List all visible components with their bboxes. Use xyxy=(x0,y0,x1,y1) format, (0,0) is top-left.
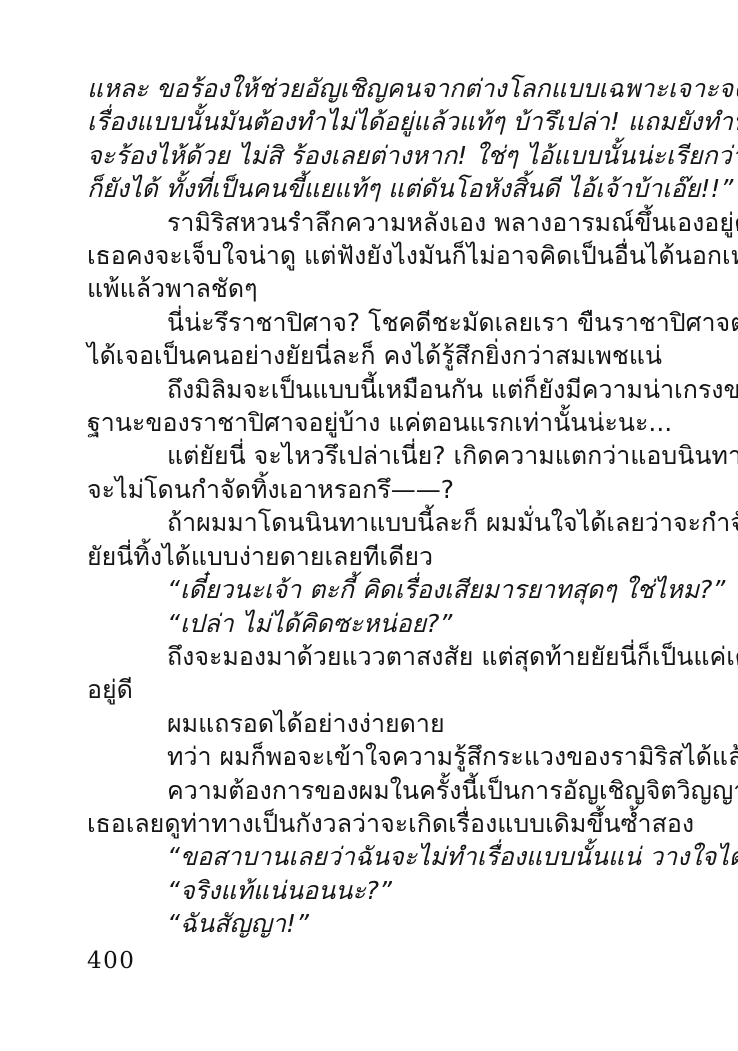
text-line: จะร้องไห้ด้วย ไม่สิ ร้องเลยต่างหาก! ใช่ๆ… xyxy=(87,139,665,172)
text-line: แพ้แล้วพาลชัดๆ xyxy=(87,272,665,305)
text-line: เธอเลยดูท่าทางเป็นกังวลว่าจะเกิดเรื่องแบ… xyxy=(87,807,665,840)
text-line: ถึงจะมองมาด้วยแววตาสงสัย แต่สุดท้ายยัยนี… xyxy=(87,640,665,673)
text-line: “จริงแท้แน่นอนนะ?” xyxy=(87,874,665,907)
text-line: แต่ยัยนี่ จะไหวรึเปล่าเนี่ย? เกิดความแตก… xyxy=(87,439,665,472)
text-line: เรื่องแบบนั้นมันต้องทำไม่ได้อยู่แล้วแท้ๆ… xyxy=(87,105,665,138)
text-line: “ขอสาบานเลยว่าฉันจะไม่ทำเรื่องแบบนั้นแน่… xyxy=(87,840,665,873)
text-line: ฐานะของราชาปิศาจอยู่บ้าง แค่ตอนแรกเท่านั… xyxy=(87,406,665,439)
text-line: ถึงมิลิมจะเป็นแบบนี้เหมือนกัน แต่ก็ยังมี… xyxy=(87,373,665,406)
text-line: “เปล่า ไม่ได้คิดซะหน่อย?” xyxy=(87,607,665,640)
body-text: แหละ ขอร้องให้ช่วยอัญเชิญคนจากต่างโลกแบบ… xyxy=(87,72,665,941)
text-line: ความต้องการของผมในครั้งนี้เป็นการอัญเชิญ… xyxy=(87,774,665,807)
text-line: “ฉันสัญญา!” xyxy=(87,907,665,940)
text-line: ผมแถรอดได้อย่างง่ายดาย xyxy=(87,707,665,740)
text-line: รามิริสหวนรำลึกความหลังเอง พลางอารมณ์ขึ้… xyxy=(87,206,665,239)
text-line: ถ้าผมมาโดนนินทาแบบนี้ละก็ ผมมั่นใจได้เลย… xyxy=(87,506,665,539)
book-page: แหละ ขอร้องให้ช่วยอัญเชิญคนจากต่างโลกแบบ… xyxy=(0,0,738,1051)
text-line: ทว่า ผมก็พอจะเข้าใจความรู้สึกระแวงของราม… xyxy=(87,740,665,773)
text-line: นี่น่ะรึราชาปิศาจ? โชคดีชะมัดเลยเรา ขืนร… xyxy=(87,306,665,339)
text-line: ได้เจอเป็นคนอย่างยัยนี่ละก็ คงได้รู้สึกย… xyxy=(87,339,665,372)
text-line: อยู่ดี xyxy=(87,673,665,706)
text-line: ยัยนี่ทิ้งได้แบบง่ายดายเลยทีเดียว xyxy=(87,540,665,573)
text-line: แหละ ขอร้องให้ช่วยอัญเชิญคนจากต่างโลกแบบ… xyxy=(87,72,665,105)
page-number: 400 xyxy=(87,948,135,974)
text-line: “เดี๋ยวนะเจ้า ตะกี้ คิดเรื่องเสียมารยาทส… xyxy=(87,573,665,606)
text-line: เธอคงจะเจ็บใจน่าดู แต่ฟังยังไงมันก็ไม่อา… xyxy=(87,239,665,272)
text-line: จะไม่โดนกำจัดทิ้งเอาหรอกรึ——? xyxy=(87,473,665,506)
text-line: ก็ยังได้ ทั้งที่เป็นคนขี้แยแท้ๆ แต่ดันโอ… xyxy=(87,172,665,205)
